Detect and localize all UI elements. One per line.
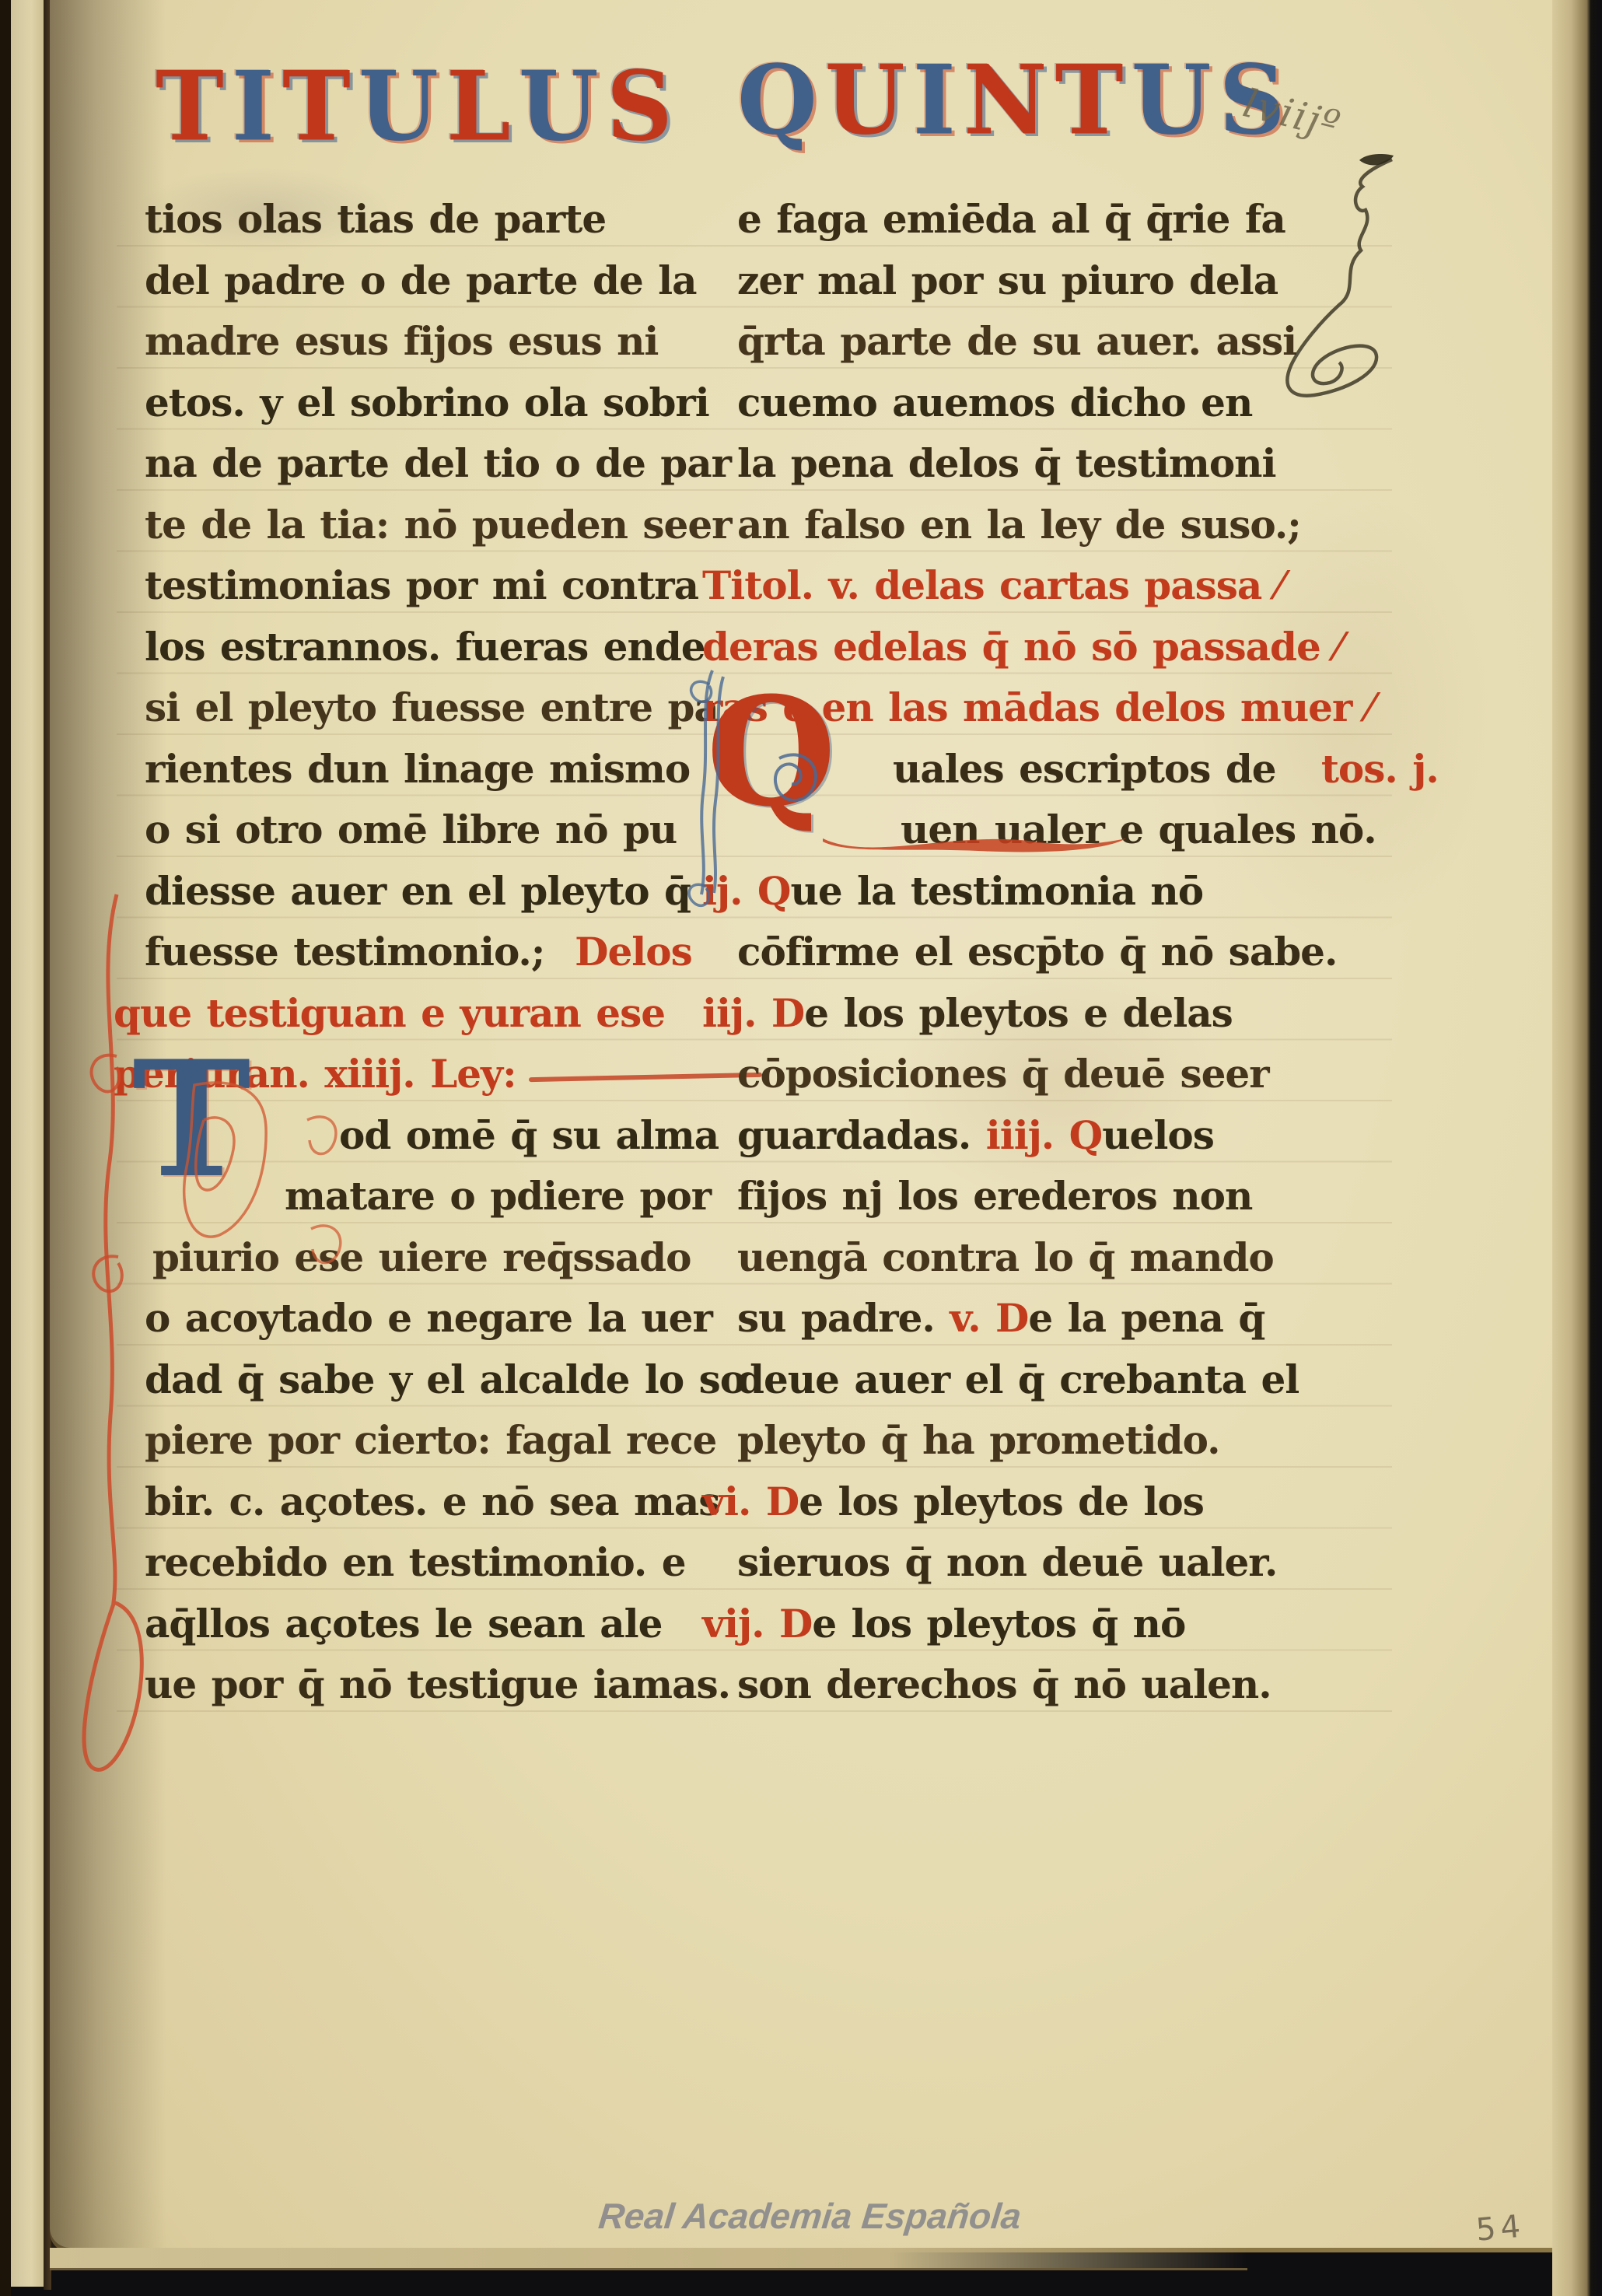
body-text: pleyto q̄ ha prometido. bbox=[737, 1417, 1220, 1463]
text-line: del padre o de parte de la bbox=[145, 250, 705, 312]
text-line: cōfirme el escp̄to q̄ nō sabe. bbox=[737, 922, 1359, 983]
body-text: bir. c. açotes. e nō sea mas bbox=[145, 1479, 719, 1524]
text-line: od omē q̄ su alma bbox=[339, 1105, 705, 1167]
text-line: madre esus fijos esus ni bbox=[145, 311, 705, 373]
rubric-text: ij. Q bbox=[702, 868, 790, 914]
text-line: bir. c. açotes. e nō sea mas bbox=[145, 1472, 705, 1533]
body-text: uengā contra lo q̄ mando bbox=[737, 1234, 1274, 1280]
body-text: cōfirme el escp̄to q̄ nō sabe. bbox=[737, 929, 1337, 975]
body-text: deue auer el q̄ crebanta el bbox=[737, 1356, 1299, 1402]
text-line: vi. De los pleytos de los bbox=[702, 1472, 1359, 1533]
under-page-edge bbox=[50, 2248, 1247, 2270]
body-text: tios olas tias de parte bbox=[145, 196, 606, 242]
body-text: cuemo auemos dicho en bbox=[737, 380, 1252, 425]
text-line: tios olas tias de parte bbox=[145, 189, 705, 250]
header-letter: N bbox=[964, 47, 1048, 152]
text-line: su padre. v. De la pena q̄ bbox=[737, 1288, 1359, 1349]
body-text: o acoytado e negare la uer bbox=[145, 1295, 712, 1341]
body-text: na de parte del tio o de par bbox=[145, 440, 731, 486]
header-word-quintus: QUINTUS bbox=[737, 50, 1293, 151]
body-text: q̄rta parte de su auer. assi bbox=[737, 318, 1296, 364]
rubric-text: tos. j. bbox=[1276, 746, 1439, 792]
text-line: recebido en testimonio. e bbox=[145, 1532, 705, 1594]
header-word-titulus: TITULUS bbox=[156, 56, 680, 157]
text-line: son derechos q̄ nō ualen. bbox=[737, 1654, 1359, 1716]
text-line: ij. Que la testimonia nō bbox=[702, 861, 1359, 922]
text-line: rientes dun linage mismo bbox=[145, 739, 705, 800]
text-line: si el pleyto fuesse entre pa bbox=[145, 677, 705, 739]
body-text: sieruos q̄ non deuē ualer. bbox=[737, 1539, 1277, 1585]
body-text: o si otro omē libre nō pu bbox=[145, 807, 677, 852]
body-text: piere por cierto: fagal rece bbox=[145, 1417, 716, 1463]
text-line: o acoytado e negare la uer bbox=[145, 1288, 705, 1349]
drop-cap-T: T bbox=[132, 1041, 251, 1200]
body-text: son derechos q̄ nō ualen. bbox=[737, 1661, 1271, 1707]
rubric-text: iiij. Q bbox=[986, 1112, 1102, 1158]
text-line: iij. De los pleytos e delas bbox=[702, 983, 1359, 1045]
rubric-text: vi. D bbox=[702, 1479, 799, 1524]
text-line: diesse auer en el pleyto q̄ bbox=[145, 861, 705, 922]
text-column-right: e faga emiēda al q̄ q̄rie fazer mal por … bbox=[737, 189, 1359, 1716]
body-text: guardadas. bbox=[737, 1112, 986, 1158]
header-letter: I bbox=[232, 54, 275, 159]
body-text: uales escriptos de bbox=[893, 746, 1276, 792]
binding-edge bbox=[0, 0, 11, 2296]
rubric-text: deras edelas q̄ nō sō passade ⁄ bbox=[702, 624, 1341, 670]
body-text: uen ualer e quales nō. bbox=[901, 807, 1376, 852]
body-text: la pena delos q̄ testimoni bbox=[737, 440, 1276, 486]
text-line: dad q̄ sabe y el alcalde lo so bbox=[145, 1349, 705, 1411]
header-letter: T bbox=[156, 54, 224, 159]
body-text: etos. y el sobrino ola sobri bbox=[145, 380, 709, 425]
text-line: te de la tia: nō pueden seer bbox=[145, 495, 705, 556]
body-text: e los pleytos e delas bbox=[804, 990, 1232, 1036]
text-line: etos. y el sobrino ola sobri bbox=[145, 373, 705, 434]
body-text: an falso en la ley de suso.; bbox=[737, 502, 1301, 548]
text-line: piurio ese uiere req̄ssado bbox=[152, 1227, 705, 1289]
body-text: e los pleytos q̄ nō bbox=[812, 1601, 1185, 1647]
body-text: su padre. bbox=[737, 1295, 950, 1341]
text-line: an falso en la ley de suso.; bbox=[737, 495, 1359, 556]
header-letter: T bbox=[282, 54, 351, 159]
text-line: aq̄llos açotes le sean ale bbox=[145, 1594, 705, 1655]
text-line: cōposiciones q̄ deuē seer bbox=[737, 1044, 1359, 1105]
body-text: zer mal por su piuro dela bbox=[737, 257, 1278, 303]
header-letter: U bbox=[519, 54, 599, 159]
header-letter: I bbox=[913, 47, 956, 152]
body-text: te de la tia: nō pueden seer bbox=[145, 502, 732, 548]
text-line: e faga emiēda al q̄ q̄rie fa bbox=[737, 189, 1359, 250]
header-letter: U bbox=[1132, 47, 1212, 152]
body-text: los estrannos. fueras ende bbox=[145, 624, 705, 670]
text-line: guardadas. iiij. Quelos bbox=[737, 1105, 1359, 1167]
text-line: q̄rta parte de su auer. assi bbox=[737, 311, 1359, 373]
text-line: los estrannos. fueras ende bbox=[145, 617, 705, 678]
book-fore-edge bbox=[1551, 0, 1602, 2296]
text-line: uengā contra lo q̄ mando bbox=[737, 1227, 1359, 1289]
watermark-text: Real Academia Española bbox=[596, 2195, 1023, 2237]
body-text: matare o pdiere por bbox=[285, 1173, 711, 1219]
text-line: Titol. v. delas cartas passa ⁄ bbox=[702, 555, 1359, 617]
header-letter: U bbox=[359, 54, 439, 159]
text-line: fuesse testimonio.; Delos bbox=[145, 922, 705, 983]
manuscript-scan: { "manuscript": { "header": { "left_word… bbox=[0, 0, 1602, 2296]
rubric-text: iij. D bbox=[702, 990, 804, 1036]
body-text: fuesse testimonio.; bbox=[145, 929, 544, 975]
text-line: piere por cierto: fagal rece bbox=[145, 1410, 705, 1472]
text-line: ue por q̄ nō testigue iamas. bbox=[145, 1654, 705, 1716]
body-text: diesse auer en el pleyto q̄ bbox=[145, 868, 691, 914]
body-text: recebido en testimonio. e bbox=[145, 1539, 686, 1585]
body-text: madre esus fijos esus ni bbox=[145, 318, 658, 364]
text-line: vij. De los pleytos q̄ nō bbox=[702, 1594, 1359, 1655]
body-text: e la pena q̄ bbox=[1028, 1295, 1264, 1341]
page-number-pencil: 54 bbox=[1474, 2208, 1527, 2248]
rubric-text: Delos bbox=[544, 929, 691, 975]
header-letter: U bbox=[825, 47, 905, 152]
body-text: e faga emiēda al q̄ q̄rie fa bbox=[737, 196, 1285, 242]
previous-page-edge bbox=[11, 0, 45, 2287]
text-line: fijos nj los erederos non bbox=[737, 1166, 1359, 1227]
header-letter: S bbox=[607, 54, 673, 159]
body-text: piurio ese uiere req̄ssado bbox=[152, 1234, 691, 1280]
text-line: uales escriptos de tos. j. bbox=[893, 739, 1359, 800]
body-text: ue por q̄ nō testigue iamas. bbox=[145, 1661, 730, 1707]
header-letter: Q bbox=[737, 47, 817, 152]
body-text: rientes dun linage mismo bbox=[145, 746, 690, 792]
body-text: od omē q̄ su alma bbox=[339, 1112, 719, 1158]
body-text: e los pleytos de los bbox=[799, 1479, 1204, 1524]
text-line: pleyto q̄ ha prometido. bbox=[737, 1410, 1359, 1472]
body-text: dad q̄ sabe y el alcalde lo so bbox=[145, 1356, 745, 1402]
body-text: testimonias por mi contra bbox=[145, 562, 698, 608]
drop-cap-Q: Q bbox=[706, 678, 836, 828]
body-text: cōposiciones q̄ deuē seer bbox=[737, 1051, 1269, 1097]
rubric-text: Titol. v. delas cartas passa ⁄ bbox=[702, 562, 1282, 608]
body-text: del padre o de parte de la bbox=[145, 257, 697, 303]
body-text: uelos bbox=[1102, 1112, 1214, 1158]
header-letter: L bbox=[446, 54, 511, 159]
rubric-text: v. D bbox=[950, 1295, 1028, 1341]
text-line: na de parte del tio o de par bbox=[145, 433, 705, 495]
body-text: aq̄llos açotes le sean ale bbox=[145, 1601, 662, 1647]
text-line: uen ualer e quales nō. bbox=[901, 800, 1359, 861]
body-text: ue la testimonia nō bbox=[790, 868, 1203, 914]
text-line: la pena delos q̄ testimoni bbox=[737, 433, 1359, 495]
header-letter: T bbox=[1055, 47, 1124, 152]
body-text: si el pleyto fuesse entre pa bbox=[145, 684, 719, 730]
text-line: matare o pdiere por bbox=[285, 1166, 705, 1227]
text-line: sieruos q̄ non deuē ualer. bbox=[737, 1532, 1359, 1594]
text-column-left: tios olas tias de partedel padre o de pa… bbox=[145, 189, 705, 1716]
rubric-text: vij. D bbox=[702, 1601, 812, 1647]
text-line: o si otro omē libre nō pu bbox=[145, 800, 705, 861]
text-line: deue auer el q̄ crebanta el bbox=[737, 1349, 1359, 1411]
text-line: cuemo auemos dicho en bbox=[737, 373, 1359, 434]
body-text: fijos nj los erederos non bbox=[737, 1173, 1252, 1219]
text-line: testimonias por mi contra bbox=[145, 555, 705, 617]
text-line: zer mal por su piuro dela bbox=[737, 250, 1359, 312]
